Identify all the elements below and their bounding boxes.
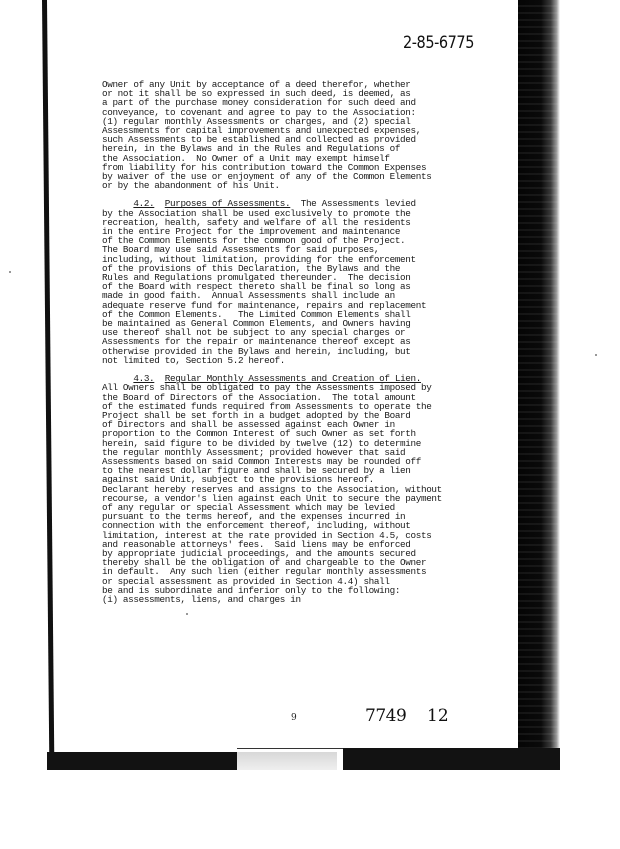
paragraph-intro: Owner of any Unit by acceptance of a dee… <box>102 80 502 190</box>
page-reference-stamp: 12 <box>427 706 449 726</box>
document-recording-number: 2-85-6775 <box>403 33 474 53</box>
scan-speck <box>595 354 597 356</box>
text-line: (i) assessments, liens, and charges in <box>102 595 502 604</box>
scan-bottom-edge-shadow-right <box>343 748 560 770</box>
scanned-document-page: 2-85-6775 Owner of any Unit by acceptanc… <box>0 0 620 849</box>
section-4-3: 4.3. Regular Monthly Assessments and Cre… <box>102 374 502 604</box>
scan-bottom-edge-shadow-left <box>47 752 237 770</box>
page-bottom-edge-line <box>237 748 343 749</box>
book-number-stamp: 7749 <box>365 706 406 726</box>
text-line: or by the abandonment of his Unit. <box>102 181 502 190</box>
scan-speck <box>9 271 11 273</box>
page-number: 9 <box>291 713 297 723</box>
document-body: Owner of any Unit by acceptance of a dee… <box>102 80 502 604</box>
scan-bottom-edge-gap <box>237 752 337 770</box>
section-4-2: 4.2. Purposes of Assessments. The Assess… <box>102 199 502 365</box>
scan-left-border <box>42 0 54 770</box>
scan-speck <box>186 613 188 615</box>
scan-right-edge-shadow <box>518 0 560 770</box>
text-line: not limited to, Section 5.2 hereof. <box>102 356 502 365</box>
